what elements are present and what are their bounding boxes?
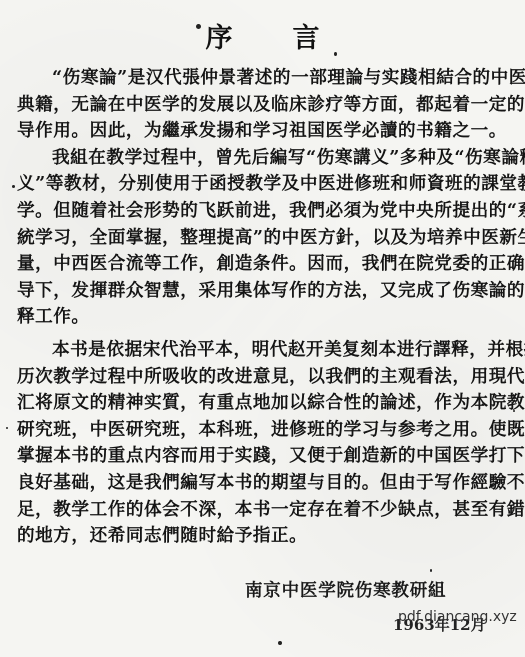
- text-line: 历次教学过程中所吸收的改进意見，以我們的主观看法，用現代語: [17, 364, 512, 391]
- text-line: 研究班，中医研究班，本科班，进修班的学习与参考之用。使既能: [17, 417, 512, 444]
- scan-speck: [196, 24, 201, 29]
- text-line: 的地方，还希同志們随时給予指正。: [17, 523, 512, 550]
- paragraph-2: 我組在教学过程中，曾先后編写“伤寒講义”多种及“伤寒論释 义”等教材，分别使用于…: [17, 145, 512, 331]
- text-line: 释工作。: [17, 304, 512, 331]
- text-line: 掌握本书的重点内容而用于实踐，又便于創造新的中国医学打下: [17, 443, 512, 470]
- author-signature: 南京中医学院伤寒教研組: [245, 577, 446, 602]
- title-char-2: 言: [293, 16, 320, 55]
- watermark-text: pdf.diancang.xyz: [398, 609, 517, 625]
- text-line: 导作用。因此，为繼承发揚和学习祖国医学必讀的书籍之一。: [17, 118, 512, 145]
- text-line: 汇将原文的精神实質，有重点地加以綜合性的論述，作为本院教学: [17, 390, 512, 417]
- text-line: 本书是依据宋代治平本，明代赵开美复刻本进行譯释，并根据: [17, 337, 512, 364]
- paragraph-3: 本书是依据宋代治平本，明代赵开美复刻本进行譯释，并根据 历次教学过程中所吸收的改…: [17, 337, 512, 550]
- text-line: 学。但随着社会形势的飞跃前进，我們必須为党中央所提出的“系: [17, 198, 512, 225]
- text-line: 統学习，全面掌握，整理提高”的中医方針，以及为培养中医新生力: [17, 225, 512, 252]
- scan-speck: [334, 52, 337, 56]
- text-line: 导下，发揮群众智慧，采用集体写作的方法，又完成了伤寒論的譯: [17, 278, 512, 305]
- scan-speck: [513, 410, 515, 412]
- title-char-1: 序: [206, 16, 233, 55]
- scan-speck: [278, 641, 282, 645]
- text-line: 我組在教学过程中，曾先后編写“伤寒講义”多种及“伤寒論释: [17, 145, 512, 172]
- preface-body: “伤寒論”是汉代張仲景著述的一部理論与实踐相結合的中医 典籍，无論在中医学的发展…: [17, 65, 512, 550]
- text-line: 足，教学工作的体会不深，本书一定存在着不少缺点，甚至有錯誤: [17, 497, 512, 524]
- scan-speck: [430, 569, 432, 572]
- text-line: 典籍，无論在中医学的发展以及临床診疗等方面，都起着一定的指: [17, 92, 512, 119]
- scan-speck: [6, 427, 8, 429]
- scanned-page: 序言 “伤寒論”是汉代張仲景著述的一部理論与实踐相結合的中医 典籍，无論在中医学…: [0, 0, 525, 657]
- text-line: 良好基础，这是我們編写本书的期望与目的。但由于写作經驗不: [17, 470, 512, 497]
- page-title: 序言: [0, 16, 525, 55]
- text-line: 义”等教材，分别使用于函授教学及中医进修班和师資班的課堂教: [17, 171, 512, 198]
- text-line: “伤寒論”是汉代張仲景著述的一部理論与实踐相結合的中医: [17, 65, 512, 92]
- text-line: 量，中西医合流等工作，創造条件。因而，我們在院党委的正确領: [17, 251, 512, 278]
- paragraph-1: “伤寒論”是汉代張仲景著述的一部理論与实踐相結合的中医 典籍，无論在中医学的发展…: [17, 65, 512, 145]
- scan-speck: [12, 185, 15, 188]
